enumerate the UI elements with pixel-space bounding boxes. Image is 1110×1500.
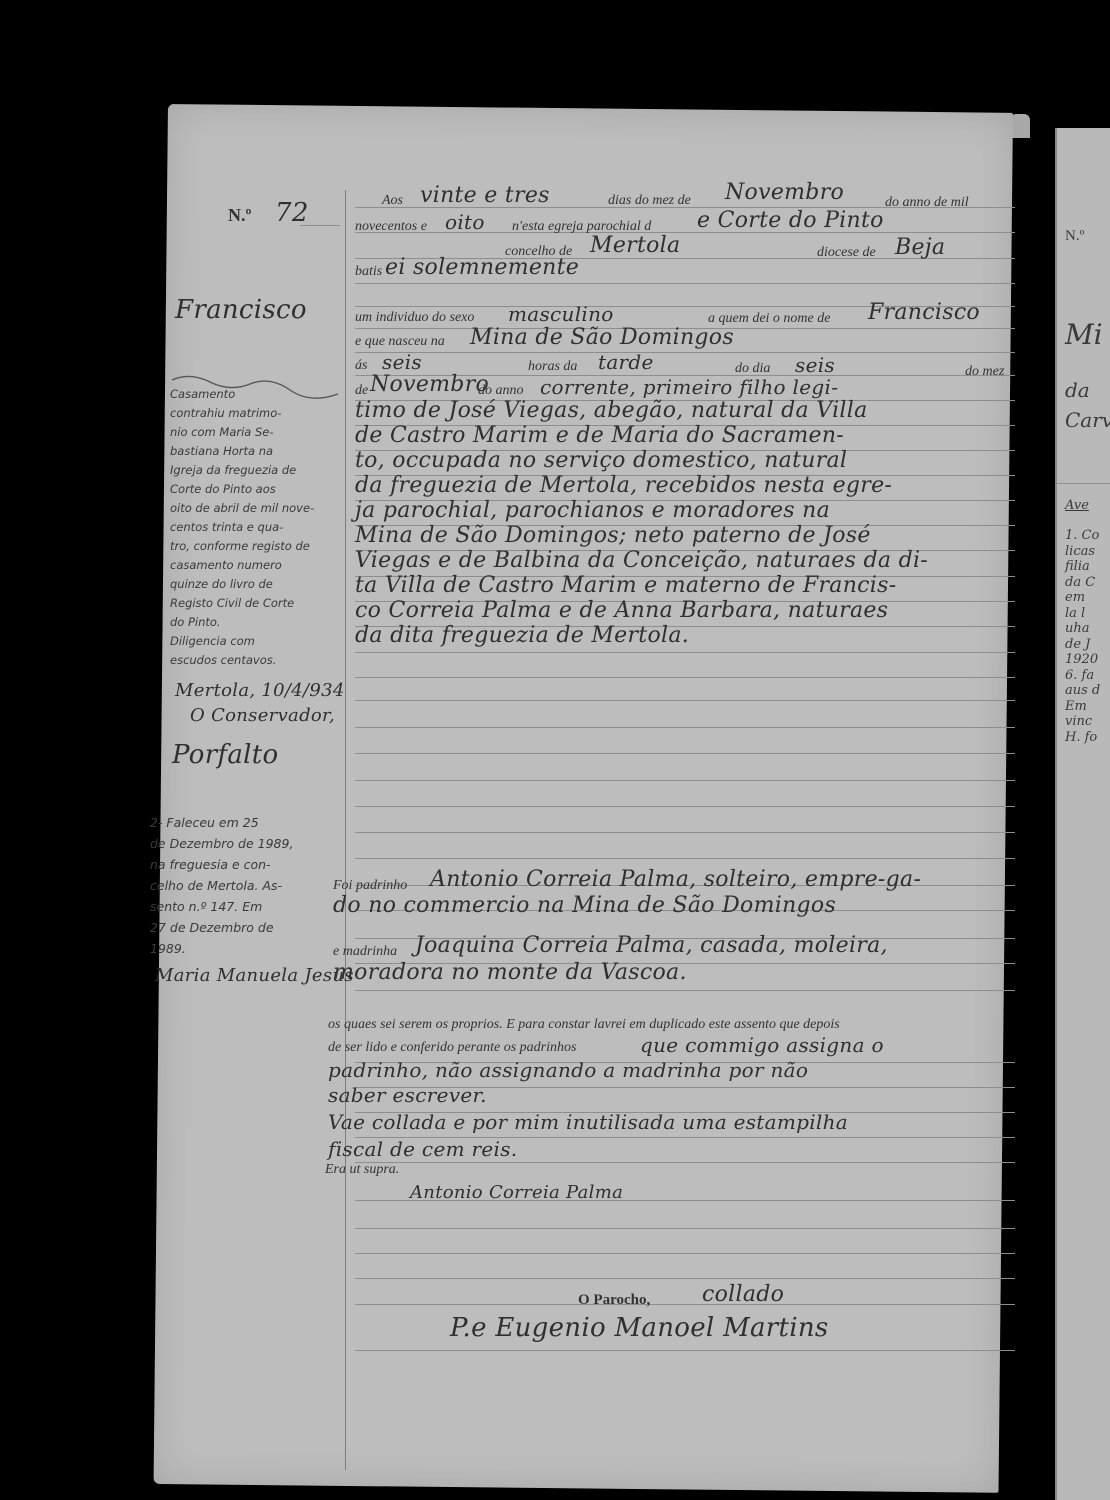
printed-mez: do mez — [965, 364, 1004, 380]
body-line: Mina de São Domingos; neto paterno de Jo… — [355, 523, 871, 548]
body-line: Viegas e de Balbina da Conceição, natura… — [355, 548, 928, 573]
hand-closing-5: fiscal de cem reis. — [328, 1137, 517, 1161]
hand-solemnemente: ei solemnemente — [385, 255, 579, 280]
printed-closing-2: de ser lido e conferido perante os padri… — [328, 1040, 576, 1056]
hand-month: Novembro — [725, 180, 844, 205]
hand-padrinho-1: Antonio Correia Palma, solteiro, empre-g… — [430, 867, 921, 892]
printed-diocese: diocese de — [817, 245, 876, 261]
body-line: ja parochial, parochianos e moradores na — [355, 498, 830, 523]
printed-de: de — [355, 383, 368, 399]
hand-madrinha-1: Joaquina Correia Palma, casada, moleira, — [415, 933, 888, 958]
column-divider — [345, 190, 346, 1470]
margin-note-conservador: O Conservador, — [190, 705, 335, 726]
hand-year: oito — [445, 210, 485, 234]
hand-parish: e Corte do Pinto — [697, 208, 884, 233]
body-line: da dita freguezia de Mertola. — [355, 623, 689, 648]
hand-birth-year: corrente, primeiro filho legi- — [540, 375, 838, 399]
printed-closing-1: os quaes sei serem os proprios. E para c… — [328, 1017, 840, 1033]
body-line: timo de José Viegas, abegão, natural da … — [355, 398, 868, 423]
hand-closing-2: padrinho, não assignando a madrinha por … — [328, 1058, 808, 1082]
printed-dias: dias do mez de — [608, 193, 691, 209]
printed-as: ás — [355, 358, 367, 374]
hand-day: vinte e tres — [420, 183, 550, 208]
printed-novecentos: novecentos e — [355, 219, 427, 235]
printed-batisei: batis — [355, 264, 382, 280]
body-line: da freguezia de Mertola, recebidos nesta… — [355, 473, 892, 498]
printed-nasceu: e que nasceu na — [355, 334, 445, 350]
record-number: 72 — [275, 198, 309, 228]
printed-individuo: um individuo do sexo — [355, 310, 474, 326]
hand-birth-month: Novembro — [370, 372, 489, 397]
hand-birth-day: seis — [795, 353, 835, 377]
printed-horas: horas da — [528, 359, 577, 375]
hand-hour: seis — [382, 350, 422, 374]
next-page-note-heading: Ave — [1065, 498, 1089, 514]
printed-aos: Aos — [382, 193, 403, 209]
printed-era-ut-supra: Era ut supra. — [325, 1162, 399, 1178]
body-line: to, occupada no serviço domestico, natur… — [355, 448, 847, 473]
body-line: de Castro Marim e de Maria do Sacramen- — [355, 423, 844, 448]
next-page-note: 1. Colicas filiada C emla l uhade J 1920… — [1065, 528, 1100, 745]
hand-birthplace: Mina de São Domingos — [470, 325, 734, 350]
printed-do-anno: do anno — [478, 383, 524, 399]
margin-note-death-signature: Maria Manuela Jesus — [155, 965, 354, 986]
margin-note-marriage: Casamento contrahiu matrimo- nio com Mar… — [170, 385, 314, 670]
hand-closing-3: saber escrever. — [328, 1083, 487, 1107]
margin-note-signature: Porfalto — [172, 740, 278, 770]
hand-concelho: Mertola — [590, 233, 680, 258]
hand-period: tarde — [598, 350, 654, 374]
hand-madrinha-2: moradora no monte da Vascoa. — [333, 960, 687, 985]
body-line: co Correia Palma e de Anna Barbara, natu… — [355, 598, 888, 623]
next-page-fragment: da — [1065, 378, 1090, 402]
signature-padrinho: Antonio Correia Palma — [410, 1182, 623, 1203]
margin-note-death: 2- Faleceu em 25 de Dezembro de 1989, na… — [150, 812, 293, 959]
next-page-fragment: Mi — [1065, 318, 1103, 351]
printed-anno: do anno de mil — [885, 195, 969, 211]
margin-name: Francisco — [175, 295, 307, 325]
printed-parocho: O Parocho, — [578, 1292, 650, 1309]
hand-closing-1: que commigo assigna o — [640, 1033, 884, 1057]
record-number-label: N.º — [228, 205, 251, 226]
signature-parocho: P.e Eugenio Manoel Martins — [450, 1313, 829, 1343]
printed-madrinha: e madrinha — [333, 944, 397, 960]
hand-padrinho-2: do no commercio na Mina de São Domingos — [333, 893, 836, 918]
hand-sex: masculino — [508, 302, 614, 326]
margin-note-date: Mertola, 10/4/934 — [175, 680, 345, 701]
adjacent-page: N.º Mi da Carv Ave 1. Colicas filiada C … — [1055, 128, 1110, 1500]
body-line: ta Villa de Castro Marim e materno de Fr… — [355, 573, 896, 598]
hand-closing-4: Vae collada e por mim inutilisada uma es… — [328, 1110, 848, 1134]
page-tab — [1010, 114, 1030, 138]
printed-padrinho: Foi padrinho — [333, 878, 407, 894]
next-page-fragment: Carv — [1065, 408, 1110, 432]
hand-collado: collado — [702, 1282, 784, 1307]
hand-diocese: Beja — [895, 235, 945, 260]
hand-name: Francisco — [868, 300, 980, 325]
next-page-number-label: N.º — [1065, 228, 1084, 245]
